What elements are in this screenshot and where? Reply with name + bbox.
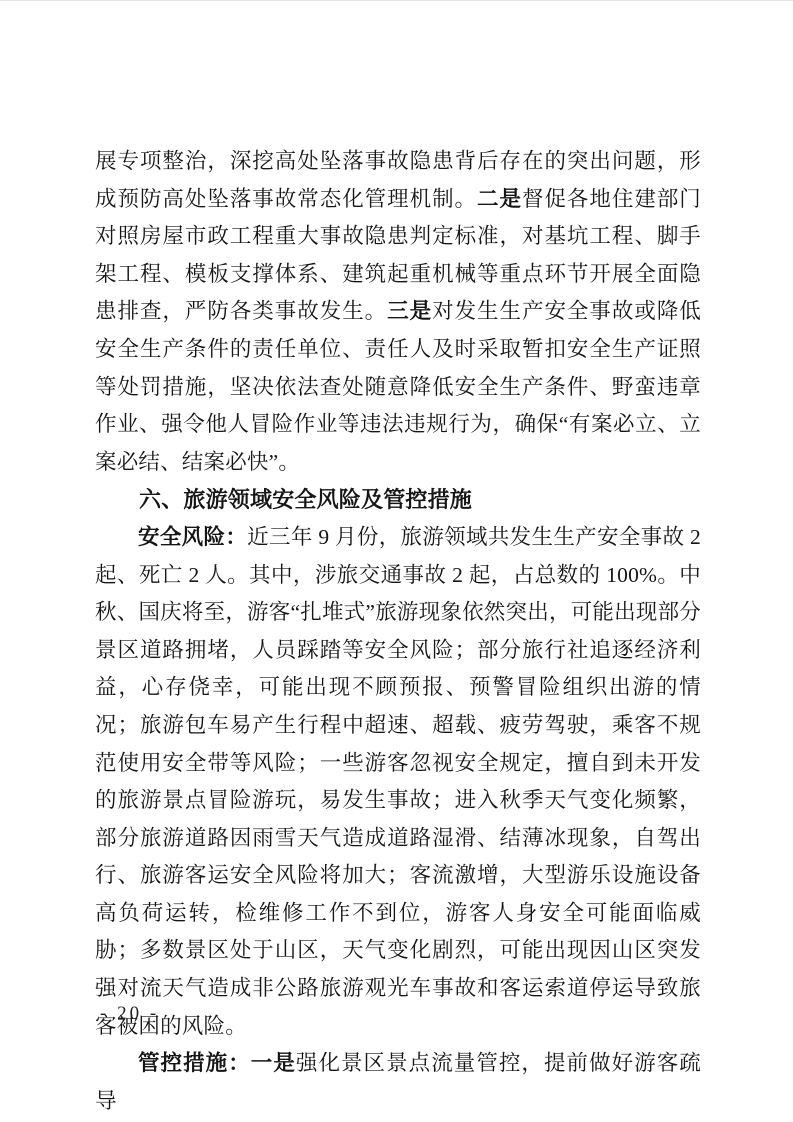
section-heading: 六、旅游领域安全风险及管控措施 [95,481,701,519]
bold-text-run: 六、旅游领域安全风险及管控措施 [139,487,472,512]
paragraph: 管控措施：一是强化景区景点流量管控，提前做好游客疏导 [95,1045,701,1120]
document-page: 展专项整治，深挖高处坠落事故隐患背后存在的突出问题，形成预防高处坠落事故常态化管… [0,0,793,1122]
scan-edge-artifact [0,0,793,1]
bold-text-run: 三是 [387,299,432,323]
paragraph: 展专项整治，深挖高处坠落事故隐患背后存在的突出问题，形成预防高处坠落事故常态化管… [95,143,701,481]
page-number: - 20 - [100,1003,159,1025]
bold-text-run: 管控措施：一是 [138,1051,296,1075]
paragraph: 安全风险：近三年 9 月份，旅游领域共发生生产安全事故 2 起、死亡 2 人。其… [95,519,701,1045]
text-run: 对发生生产安全事故或降低安全生产条件的责任单位、责任人及时采取暂扣安全生产证照等… [95,299,701,473]
bold-text-run: 安全风险： [138,525,247,549]
text-run: 近三年 9 月份，旅游领域共发生生产安全事故 2 起、死亡 2 人。其中，涉旅交… [95,525,701,1038]
bold-text-run: 二是 [477,187,522,211]
document-content: 展专项整治，深挖高处坠落事故隐患背后存在的突出问题，形成预防高处坠落事故常态化管… [95,143,701,1120]
